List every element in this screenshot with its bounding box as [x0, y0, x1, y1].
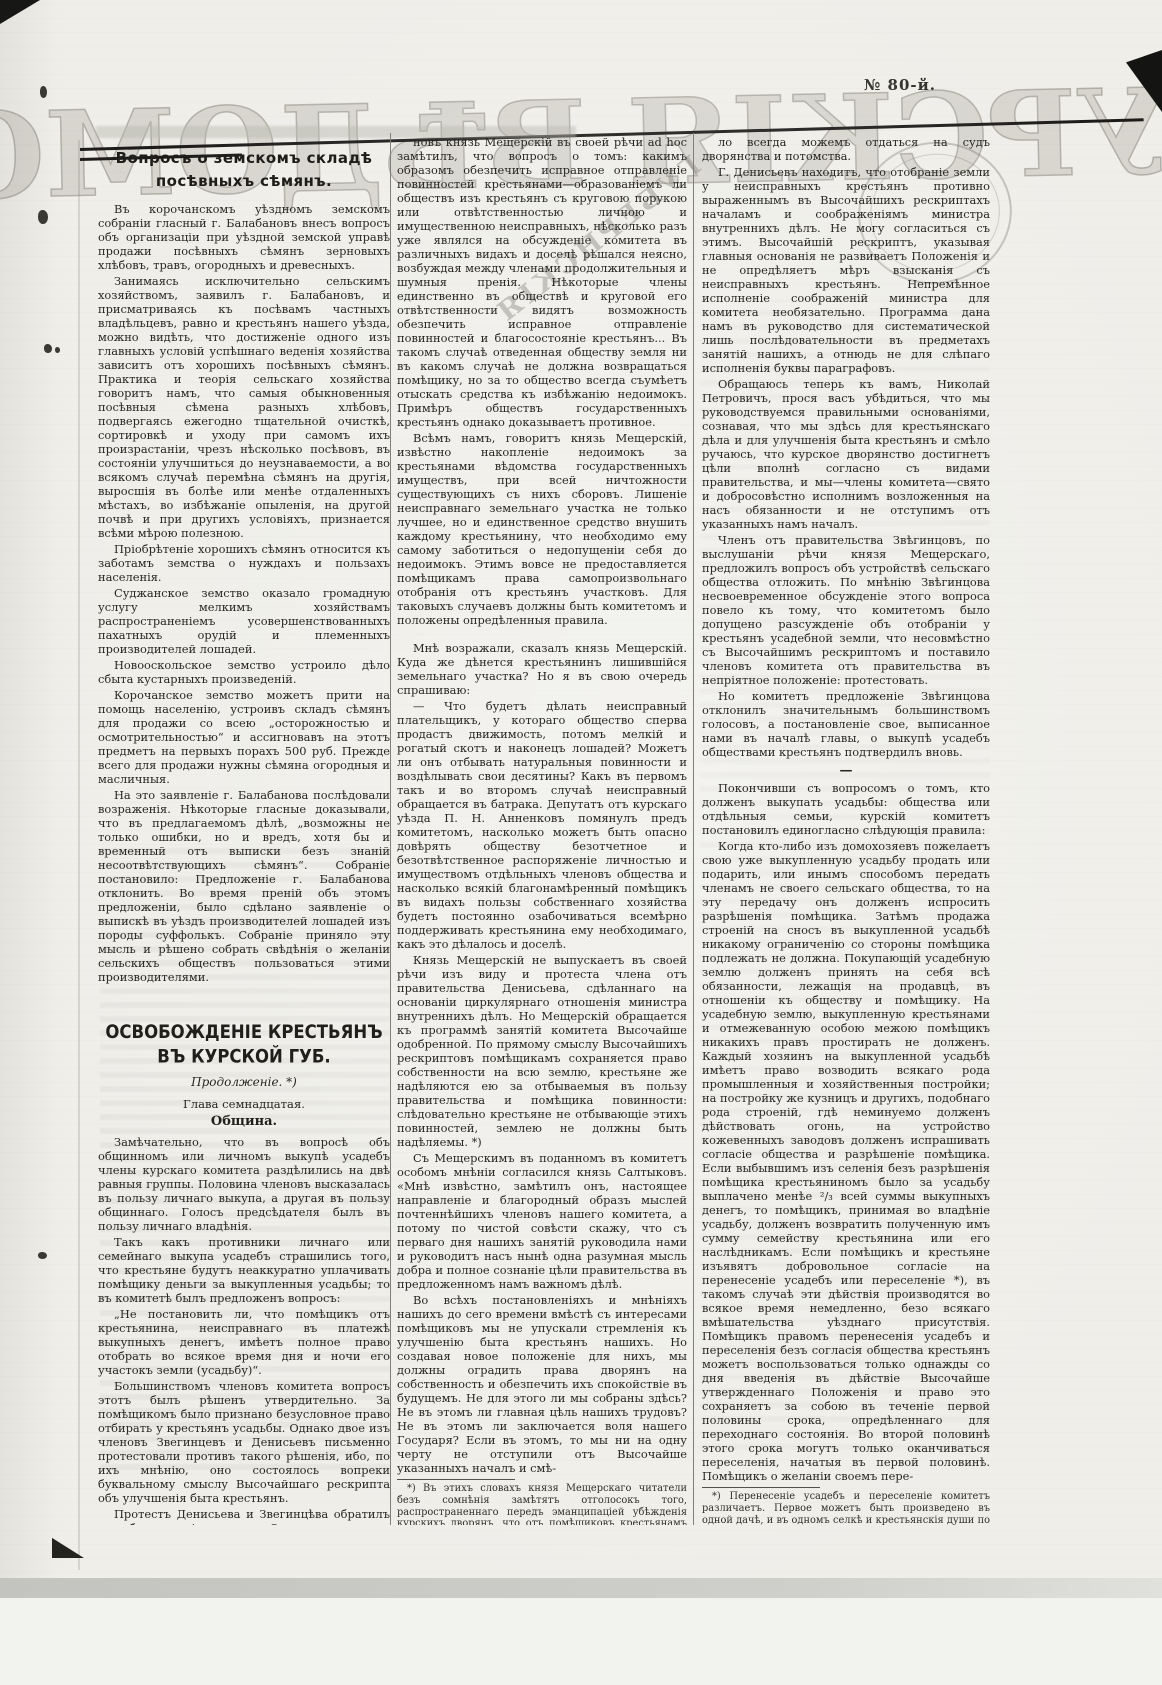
article2-title: ОСВОБОЖДЕНІЕ КРЕСТЬЯНЪ ВЪ КУРСКОЙ ГУБ. — [98, 1021, 390, 1068]
newspaper-scan-page: КУРСКІЯ ВѢДОМОСТИ ГУБЕРНСКІЯ № 80-й. Воп… — [0, 0, 1162, 1685]
column-2: новъ князь Мещерскій въ своей рѣчи ad ho… — [390, 133, 693, 1525]
article2-chapter: Глава семнадцатая. — [98, 1097, 390, 1111]
paragraph: Занимаясь исключительно сельскимъ хозяйс… — [98, 274, 390, 540]
paragraph: Большинствомъ членовъ комитета вопросъ э… — [98, 1379, 390, 1505]
scan-shadow-band — [0, 1578, 1162, 1598]
paragraph: Протестъ Денисьева и Звегинцѣва обратилъ… — [98, 1507, 390, 1525]
scan-speck — [44, 344, 52, 353]
column-1: Вопросъ о земскомъ складѣ посѣвныхъ сѣмя… — [98, 133, 390, 1525]
footnote-text: *) Въ этихъ словахъ князя Мещерскаго чит… — [397, 1483, 687, 1525]
dash-separator: — — [702, 765, 990, 777]
paragraph: Покончивши съ вопросомъ о томъ, кто долж… — [702, 781, 990, 837]
paragraph: Но комитетъ предложеніе Звѣгинцова откло… — [702, 689, 990, 759]
scan-speck — [38, 1252, 47, 1259]
paragraph: Суджанское земство оказало громадную усл… — [98, 586, 390, 656]
text-columns: Вопросъ о земскомъ складѣ посѣвныхъ сѣмя… — [98, 133, 990, 1525]
paragraph: Во всѣхъ постановленіяхъ и мнѣніяхъ наши… — [397, 1293, 687, 1475]
paragraph: Пріобрѣтеніе хорошихъ сѣмянъ относится к… — [98, 542, 390, 584]
paragraph: Когда кто-либо изъ домохозяевъ пожелаетъ… — [702, 839, 990, 1483]
paragraph: Обращаюсь теперь къ вамъ, Николай Петров… — [702, 377, 990, 531]
article1-headline: Вопросъ о земскомъ складѣ посѣвныхъ сѣмя… — [98, 147, 390, 192]
scan-speck — [38, 210, 48, 224]
paragraph: ло всегда можемъ отдаться на судъ дворян… — [702, 135, 990, 163]
paragraph: новъ князь Мещерскій въ своей рѣчи ad ho… — [397, 135, 687, 429]
paragraph: Князь Мещерскій не выпускаетъ въ своей р… — [397, 953, 687, 1149]
paragraph: Съ Мещерскимъ въ поданномъ въ комитетъ о… — [397, 1151, 687, 1291]
paragraph: Такъ какъ противники личнаго или семейна… — [98, 1235, 390, 1305]
paragraph: На это заявленіе г. Балабанова послѣдова… — [98, 788, 390, 984]
paragraph: Новооскольское земство устроило дѣло сбы… — [98, 658, 390, 686]
column-3: ло всегда можемъ отдаться на судъ дворян… — [693, 133, 990, 1525]
paragraph: — Что будетъ дѣлать неисправный плательщ… — [397, 699, 687, 951]
column3-footnote: *) Перенесеніе усадебъ и переселеніе ком… — [702, 1483, 990, 1525]
footnote-text: *) Перенесеніе усадебъ и переселеніе ком… — [702, 1491, 990, 1525]
scan-background-bottom — [0, 1598, 1162, 1685]
paragraph: Замѣчательно, что въ вопросѣ объ общинно… — [98, 1135, 390, 1233]
issue-number: № 80-й. — [864, 76, 936, 94]
article2-continuation-note: Продолженіе. *) — [98, 1075, 390, 1089]
scan-artifact-corner — [0, 0, 40, 24]
paper-left-edge — [78, 140, 80, 1570]
scan-speck — [55, 347, 60, 353]
paragraph: Членъ отъ правительства Звѣгинцовъ, по в… — [702, 533, 990, 687]
scan-speck — [40, 86, 47, 98]
paragraph: Въ корочанскомъ уѣздномъ земскомъ собран… — [98, 202, 390, 272]
paragraph: „Не постановить ли, что помѣщикъ отъ кре… — [98, 1307, 390, 1377]
article2-chapter-title: Община. — [98, 1114, 390, 1129]
paragraph: Всѣмъ намъ, говоритъ князь Мещерскій, из… — [397, 431, 687, 627]
column2-footnote: *) Въ этихъ словахъ князя Мещерскаго чит… — [397, 1475, 687, 1525]
paragraph: Корочанское земство можетъ прити на помо… — [98, 688, 390, 786]
paragraph: Г. Денисьевъ находитъ, что отобраніе зем… — [702, 165, 990, 375]
paragraph: Мнѣ возражали, сказалъ князь Мещерскій. … — [397, 641, 687, 697]
